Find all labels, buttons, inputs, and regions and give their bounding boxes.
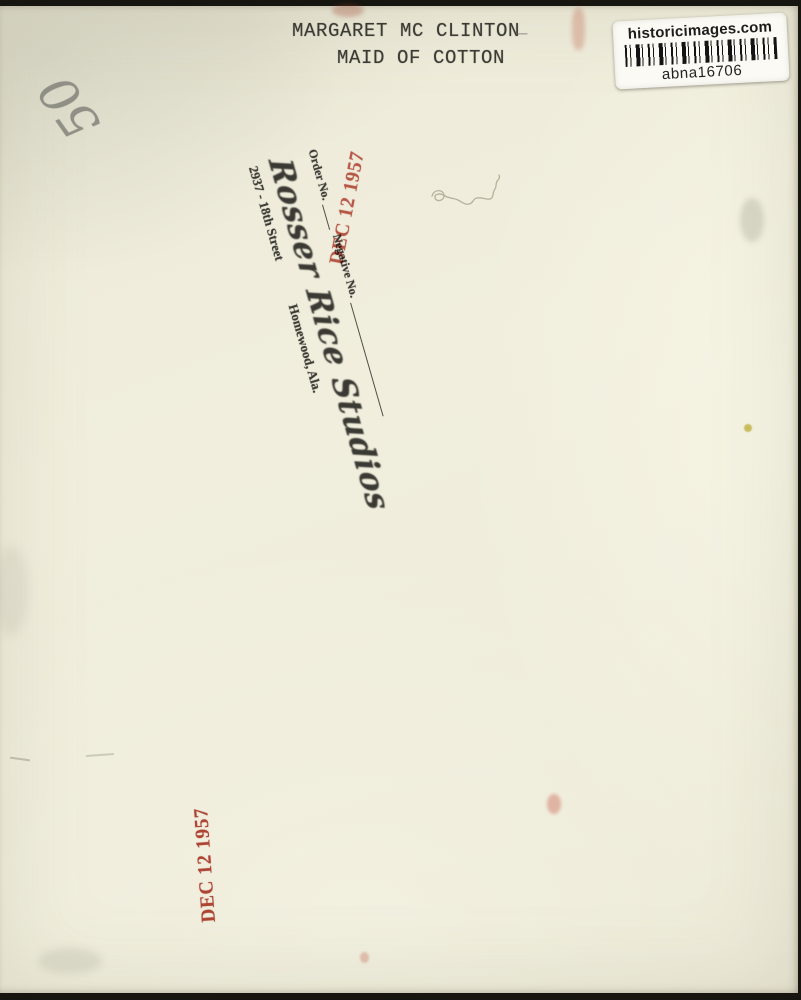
- stain: [0, 546, 28, 636]
- stain: [10, 757, 30, 762]
- date-stamp-bottom: DEC 12 1957: [189, 793, 223, 937]
- typed-caption-line1: MARGARET MC CLINTON: [292, 20, 520, 42]
- pencil-squiggle: [424, 166, 506, 218]
- stain: [332, 4, 364, 17]
- stain: [360, 952, 369, 963]
- photo-back-paper: MARGARET MC CLINTON — MAID OF COTTON 50 …: [0, 6, 798, 993]
- stain: [744, 424, 752, 432]
- stain: [740, 198, 764, 242]
- sticker-code-label: abna16706: [661, 61, 742, 82]
- order-no-blank-line: [322, 205, 330, 230]
- stain: [38, 948, 102, 974]
- typed-caption-line2: MAID OF COTTON: [337, 47, 505, 69]
- studio-stamp: Order No. Negative No. Rosser Rice Studi…: [241, 148, 401, 458]
- order-no-label: Order No.: [305, 148, 334, 203]
- stain: [547, 794, 561, 814]
- stain: [572, 8, 585, 50]
- typed-caption-dash: —: [516, 23, 527, 45]
- stain: [86, 753, 114, 757]
- pencil-number: 50: [12, 30, 129, 150]
- inventory-sticker: historicimages.com abna16706: [612, 12, 789, 89]
